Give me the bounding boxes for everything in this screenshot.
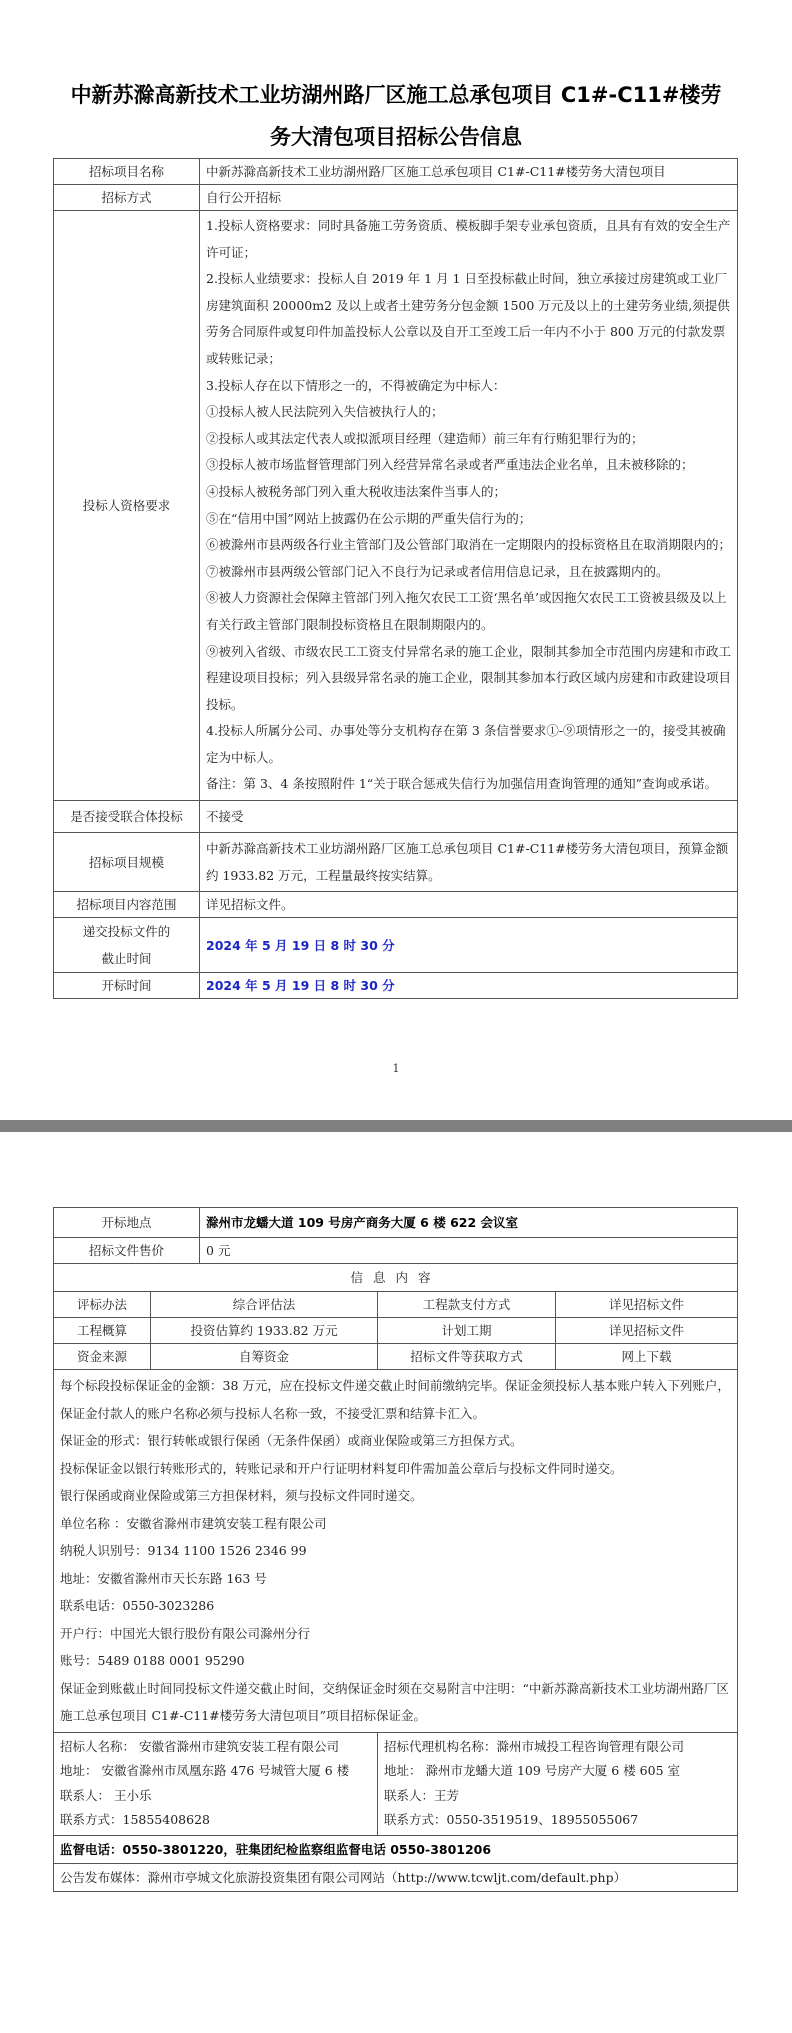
requirement-line: 备注：第 3、4 条按照附件 1“关于联合惩戒失信行为加强信用查询管理的通知”查… bbox=[206, 771, 731, 798]
info-cell: 详见招标文件 bbox=[556, 1318, 738, 1344]
requirement-line: 4.投标人所属分公司、办事处等分支机构存在第 3 条信誉要求①-⑨项情形之一的，… bbox=[206, 718, 731, 771]
deposit-line: 开户行：中国光大银行股份有限公司滁州分行 bbox=[60, 1620, 731, 1648]
deposit-line: 保证金到账截止时间同投标文件递交截止时间，交纳保证金时须在交易附言中注明：“中新… bbox=[60, 1675, 731, 1730]
deposit-line: 地址：安徽省滁州市天长东路 163 号 bbox=[60, 1565, 731, 1593]
deadline-label: 递交投标文件的截止时间 bbox=[54, 918, 200, 973]
table-row: 信息内容 bbox=[54, 1264, 738, 1292]
deposit-line: 纳税人识别号：9134 1100 1526 2346 99 bbox=[60, 1537, 731, 1565]
info-cell: 网上下载 bbox=[556, 1344, 738, 1370]
project-name-label: 招标项目名称 bbox=[54, 159, 200, 185]
table-row: 开标时间 2024 年 5 月 19 日 8 时 30 分 bbox=[54, 973, 738, 999]
document-title-line-2: 务大清包项目招标公告信息 bbox=[0, 114, 792, 160]
agency-line: 地址： 滁州市龙蟠大道 109 号房产大厦 6 楼 605 室 bbox=[384, 1759, 731, 1784]
requirement-line: 2.投标人业绩要求：投标人自 2019 年 1 月 1 日至投标截止时间，独立承… bbox=[206, 266, 731, 372]
deposit-line: 银行保函或商业保险或第三方担保材料，须与投标文件同时递交。 bbox=[60, 1482, 731, 1510]
agency-line: 联系方式：0550-3519519、18955055067 bbox=[384, 1808, 731, 1833]
table-row: 投标人资格要求 1.投标人资格要求：同时具备施工劳务资质、模板脚手架专业承包资质… bbox=[54, 211, 738, 801]
tender-details-table: 开标地点 滁州市龙蟠大道 109 号房产商务大厦 6 楼 622 会议室 招标文… bbox=[53, 1207, 738, 1892]
info-cell: 计划工期 bbox=[378, 1318, 556, 1344]
consortium-value: 不接受 bbox=[200, 801, 738, 833]
info-cell: 评标办法 bbox=[54, 1292, 151, 1318]
agency-line: 联系人：王芳 bbox=[384, 1784, 731, 1809]
scale-value: 中新苏滁高新技术工业坊湖州路厂区施工总承包项目 C1#-C11#楼劳务大清包项目… bbox=[200, 833, 738, 892]
info-content-header: 信息内容 bbox=[54, 1264, 738, 1292]
opening-time-value: 2024 年 5 月 19 日 8 时 30 分 bbox=[200, 973, 738, 999]
tenderer-line: 招标人名称： 安徽省滁州市建筑安装工程有限公司 bbox=[60, 1735, 371, 1760]
info-cell: 资金来源 bbox=[54, 1344, 151, 1370]
deposit-line: 投标保证金以银行转账形式的，转账记录和开户行证明材料复印件需加盖公章后与投标文件… bbox=[60, 1455, 731, 1483]
table-row: 每个标段投标保证金的金额：38 万元，应在投标文件递交截止时间前缴纳完毕。保证金… bbox=[54, 1370, 738, 1733]
info-cell: 自筹资金 bbox=[151, 1344, 378, 1370]
document-price-value: 0 元 bbox=[200, 1238, 738, 1264]
table-row: 招标项目名称 中新苏滁高新技术工业坊湖州路厂区施工总承包项目 C1#-C11#楼… bbox=[54, 159, 738, 185]
consortium-label: 是否接受联合体投标 bbox=[54, 801, 200, 833]
info-cell: 工程款支付方式 bbox=[378, 1292, 556, 1318]
opening-location-value: 滁州市龙蟠大道 109 号房产商务大厦 6 楼 622 会议室 bbox=[200, 1208, 738, 1238]
tender-method-label: 招标方式 bbox=[54, 185, 200, 211]
tender-info-table: 招标项目名称 中新苏滁高新技术工业坊湖州路厂区施工总承包项目 C1#-C11#楼… bbox=[53, 158, 738, 999]
requirement-line: ①投标人被人民法院列入失信被执行人的； bbox=[206, 399, 731, 426]
deposit-info: 每个标段投标保证金的金额：38 万元，应在投标文件递交截止时间前缴纳完毕。保证金… bbox=[54, 1370, 738, 1733]
info-cell: 综合评估法 bbox=[151, 1292, 378, 1318]
scope-label: 招标项目内容范围 bbox=[54, 892, 200, 918]
requirement-line: 3.投标人存在以下情形之一的，不得被确定为中标人： bbox=[206, 373, 731, 400]
table-row: 招标方式 自行公开招标 bbox=[54, 185, 738, 211]
project-name-value: 中新苏滁高新技术工业坊湖州路厂区施工总承包项目 C1#-C11#楼劳务大清包项目 bbox=[200, 159, 738, 185]
table-row: 监督电话：0550-3801220，驻集团纪检监察组监督电话 0550-3801… bbox=[54, 1835, 738, 1863]
table-row: 资金来源 自筹资金 招标文件等获取方式 网上下载 bbox=[54, 1344, 738, 1370]
deadline-value: 2024 年 5 月 19 日 8 时 30 分 bbox=[200, 918, 738, 973]
opening-location-label: 开标地点 bbox=[54, 1208, 200, 1238]
agency-info: 招标代理机构名称：滁州市城投工程咨询管理有限公司 地址： 滁州市龙蟠大道 109… bbox=[378, 1732, 738, 1835]
requirement-line: ⑨被列入省级、市级农民工工资支付异常名录的施工企业，限制其参加全市范围内房建和市… bbox=[206, 639, 731, 719]
opening-time-label: 开标时间 bbox=[54, 973, 200, 999]
requirement-line: 1.投标人资格要求：同时具备施工劳务资质、模板脚手架专业承包资质，且具有有效的安… bbox=[206, 213, 731, 266]
info-cell: 投资估算约 1933.82 万元 bbox=[151, 1318, 378, 1344]
page-2: 开标地点 滁州市龙蟠大道 109 号房产商务大厦 6 楼 622 会议室 招标文… bbox=[0, 1132, 792, 2033]
table-row: 招标项目规模 中新苏滁高新技术工业坊湖州路厂区施工总承包项目 C1#-C11#楼… bbox=[54, 833, 738, 892]
info-cell: 招标文件等获取方式 bbox=[378, 1344, 556, 1370]
requirement-line: ②投标人或其法定代表人或拟派项目经理（建造师）前三年有行贿犯罪行为的； bbox=[206, 426, 731, 453]
tenderer-line: 联系方式：15855408628 bbox=[60, 1808, 371, 1833]
tender-method-value: 自行公开招标 bbox=[200, 185, 738, 211]
requirements-label: 投标人资格要求 bbox=[54, 211, 200, 801]
table-row: 是否接受联合体投标 不接受 bbox=[54, 801, 738, 833]
scope-value: 详见招标文件。 bbox=[200, 892, 738, 918]
page-separator bbox=[0, 1120, 792, 1132]
page-1: 中新苏滁高新技术工业坊湖州路厂区施工总承包项目 C1#-C11#楼劳 务大清包项… bbox=[0, 0, 792, 1120]
page-number: 1 bbox=[0, 1062, 792, 1075]
table-row: 招标项目内容范围 详见招标文件。 bbox=[54, 892, 738, 918]
requirement-line: ⑧被人力资源社会保障主管部门列入拖欠农民工工资‘黑名单’或因拖欠农民工工资被县级… bbox=[206, 585, 731, 638]
agency-line: 招标代理机构名称：滁州市城投工程咨询管理有限公司 bbox=[384, 1735, 731, 1760]
requirement-line: ⑥被滁州市县两级各行业主管部门及公管部门取消在一定期限内的投标资格且在取消期限内… bbox=[206, 532, 731, 559]
table-row: 递交投标文件的截止时间 2024 年 5 月 19 日 8 时 30 分 bbox=[54, 918, 738, 973]
table-row: 开标地点 滁州市龙蟠大道 109 号房产商务大厦 6 楼 622 会议室 bbox=[54, 1208, 738, 1238]
info-cell: 工程概算 bbox=[54, 1318, 151, 1344]
deposit-line: 保证金的形式：银行转帐或银行保函（无条件保函）或商业保险或第三方担保方式。 bbox=[60, 1427, 731, 1455]
document-title-line-1: 中新苏滁高新技术工业坊湖州路厂区施工总承包项目 C1#-C11#楼劳 bbox=[0, 72, 792, 118]
requirement-line: ④投标人被税务部门列入重大税收违法案件当事人的； bbox=[206, 479, 731, 506]
table-row: 评标办法 综合评估法 工程款支付方式 详见招标文件 bbox=[54, 1292, 738, 1318]
info-cell: 详见招标文件 bbox=[556, 1292, 738, 1318]
table-row: 招标文件售价 0 元 bbox=[54, 1238, 738, 1264]
supervision-phone: 监督电话：0550-3801220，驻集团纪检监察组监督电话 0550-3801… bbox=[54, 1835, 738, 1863]
table-row: 招标人名称： 安徽省滁州市建筑安装工程有限公司 地址： 安徽省滁州市凤凰东路 4… bbox=[54, 1732, 738, 1835]
deposit-line: 每个标段投标保证金的金额：38 万元，应在投标文件递交截止时间前缴纳完毕。保证金… bbox=[60, 1372, 731, 1427]
requirement-line: ③投标人被市场监督管理部门列入经营异常名录或者严重违法企业名单，且未被移除的； bbox=[206, 452, 731, 479]
deposit-line: 单位名称 ：安徽省滁州市建筑安装工程有限公司 bbox=[60, 1510, 731, 1538]
table-row: 工程概算 投资估算约 1933.82 万元 计划工期 详见招标文件 bbox=[54, 1318, 738, 1344]
requirements-value: 1.投标人资格要求：同时具备施工劳务资质、模板脚手架专业承包资质，且具有有效的安… bbox=[200, 211, 738, 801]
tenderer-info: 招标人名称： 安徽省滁州市建筑安装工程有限公司 地址： 安徽省滁州市凤凰东路 4… bbox=[54, 1732, 378, 1835]
table-row: 公告发布媒体：滁州市亭城文化旅游投资集团有限公司网站（http://www.tc… bbox=[54, 1863, 738, 1891]
deposit-line: 账号：5489 0188 0001 95290 bbox=[60, 1647, 731, 1675]
deposit-line: 联系电话：0550-3023286 bbox=[60, 1592, 731, 1620]
publication-media: 公告发布媒体：滁州市亭城文化旅游投资集团有限公司网站（http://www.tc… bbox=[54, 1863, 738, 1891]
tenderer-line: 地址： 安徽省滁州市凤凰东路 476 号城管大厦 6 楼 bbox=[60, 1759, 371, 1784]
tenderer-line: 联系人： 王小乐 bbox=[60, 1784, 371, 1809]
requirement-line: ⑦被滁州市县两级公管部门记入不良行为记录或者信用信息记录，且在披露期内的。 bbox=[206, 559, 731, 586]
requirement-line: ⑤在“信用中国”网站上披露仍在公示期的严重失信行为的； bbox=[206, 506, 731, 533]
document-price-label: 招标文件售价 bbox=[54, 1238, 200, 1264]
scale-label: 招标项目规模 bbox=[54, 833, 200, 892]
